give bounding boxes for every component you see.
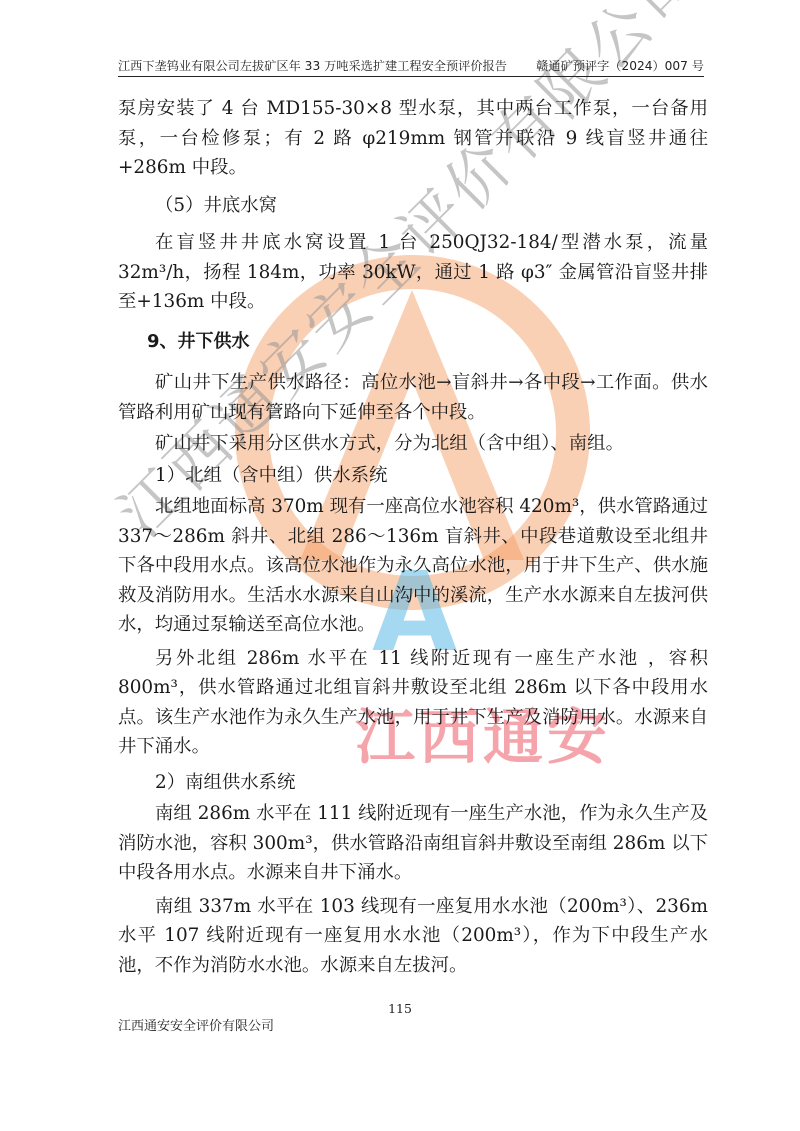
subheading-south-system: 2）南组供水系统 <box>118 768 708 798</box>
paragraph-supply-path: 矿山井下生产供水路径：高位水池→盲斜井→各中段→工作面。供水管路利用矿山现有管路… <box>118 368 708 427</box>
subheading-north-system: 1）北组（含中组）供水系统 <box>118 461 708 491</box>
document-body: 泵房安装了 4 台 MD155-30×8 型水泵，其中两台工作泵，一台备用泵，一… <box>118 90 708 980</box>
paragraph-south-2: 南组 337m 水平在 103 线现有一座复用水水池（200m³）、236m 水… <box>118 892 708 981</box>
section-heading-underground-water-supply: 9、井下供水 <box>118 327 708 357</box>
document-page: A 江西通安 江西通安安全评价有限公司 江西下垄钨业有限公司左拔矿区年 33 万… <box>0 0 800 1131</box>
doc-number: 赣通矿预评字（2024）007 号 <box>536 57 704 74</box>
paragraph-sump: 在盲竖井井底水窝设置 1 台 250QJ32-184/型潜水泵，流量 32m³/… <box>118 228 708 317</box>
paragraph-north-2: 另外北组 286m 水平在 11 线附近现有一座生产水池 ，容积 800m³，供… <box>118 644 708 762</box>
report-title: 江西下垄钨业有限公司左拔矿区年 33 万吨采选扩建工程安全预评价报告 <box>118 57 507 74</box>
page-header: 江西下垄钨业有限公司左拔矿区年 33 万吨采选扩建工程安全预评价报告 赣通矿预评… <box>118 52 704 77</box>
footer-company: 江西通安安全评价有限公司 <box>118 1015 274 1034</box>
paragraph-north-1: 北组地面标高 370m 现有一座高位水池容积 420m³，供水管路通过 337～… <box>118 492 708 640</box>
subheading-sump: （5）井底水窝 <box>118 191 708 221</box>
page-number: 115 <box>0 1001 800 1016</box>
paragraph-south-1: 南组 286m 水平在 111 线附近现有一座生产水池，作为永久生产及消防水池，… <box>118 799 708 888</box>
paragraph-zones: 矿山井下采用分区供水方式，分为北组（含中组）、南组。 <box>118 429 708 459</box>
paragraph-pump-room: 泵房安装了 4 台 MD155-30×8 型水泵，其中两台工作泵，一台备用泵，一… <box>118 94 708 183</box>
